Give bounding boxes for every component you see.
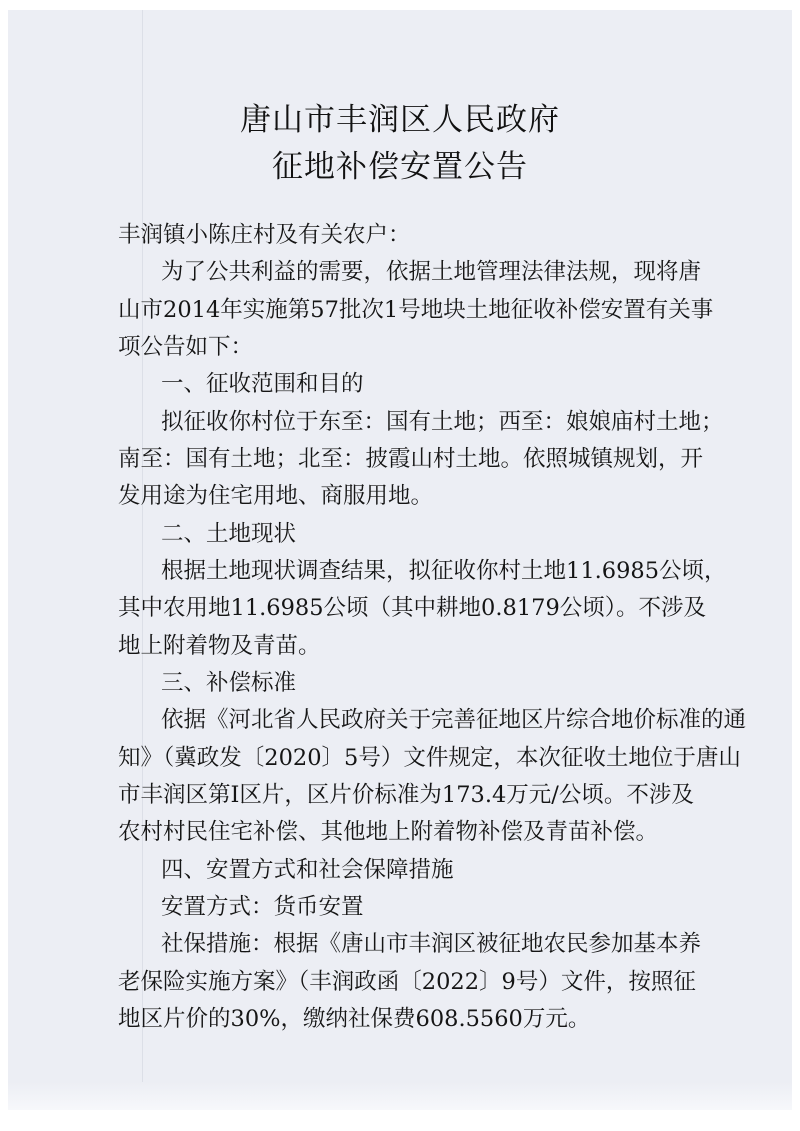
section-2-line: 根据土地现状调查结果，拟征收你村土地11.6985公顷， [161, 557, 727, 585]
section-2-line: 其中农用地11.6985公顷（其中耕地0.8179公顷）。不涉及 [118, 594, 706, 622]
intro-line: 山市2014年实施第57批次1号地块土地征收补偿安置有关事 [118, 296, 713, 324]
intro-line: 为了公共利益的需要，依据土地管理法律法规，现将唐 [161, 258, 701, 286]
section-heading-4: 四、安置方式和社会保障措施 [161, 856, 454, 884]
section-1-line: 南至：国有土地；北至：披霞山村土地。依照城镇规划，开 [118, 445, 703, 473]
intro-line: 项公告如下： [118, 333, 253, 361]
section-4-line: 老保险实施方案》（丰润政函〔2022〕9号）文件，按照征 [118, 968, 696, 996]
section-heading-2: 二、土地现状 [161, 520, 296, 548]
section-4-line: 地区片价的30%，缴纳社保费608.5560万元。 [118, 1005, 590, 1033]
section-heading-3: 三、补偿标准 [161, 669, 296, 697]
section-3-line: 市丰润区第Ⅰ区片，区片价标准为173.4万元/公顷。不涉及 [118, 781, 694, 809]
document-title-line1: 唐山市丰润区人民政府 [0, 94, 800, 139]
section-4-line: 社保措施：根据《唐山市丰润区被征地农民参加基本养 [161, 930, 701, 958]
section-heading-1: 一、征收范围和目的 [161, 370, 364, 398]
salutation: 丰润镇小陈庄村及有关农户： [118, 221, 411, 249]
section-1-line: 发用途为住宅用地、商服用地。 [118, 482, 433, 510]
section-3-line: 依据《河北省人民政府关于完善征地区片综合地价标准的通 [161, 706, 746, 734]
section-4-line: 安置方式：货币安置 [161, 893, 364, 921]
section-2-line: 地上附着物及青苗。 [118, 632, 321, 660]
section-3-line: 农村村民住宅补偿、其他地上附着物补偿及青苗补偿。 [118, 818, 658, 846]
document-title-line2: 征地补偿安置公告 [0, 141, 800, 186]
section-1-line: 拟征收你村位于东至：国有土地；西至：娘娘庙村土地； [161, 408, 724, 436]
section-3-line: 知》（冀政发〔2020〕5号）文件规定，本次征收土地位于唐山 [118, 744, 741, 772]
